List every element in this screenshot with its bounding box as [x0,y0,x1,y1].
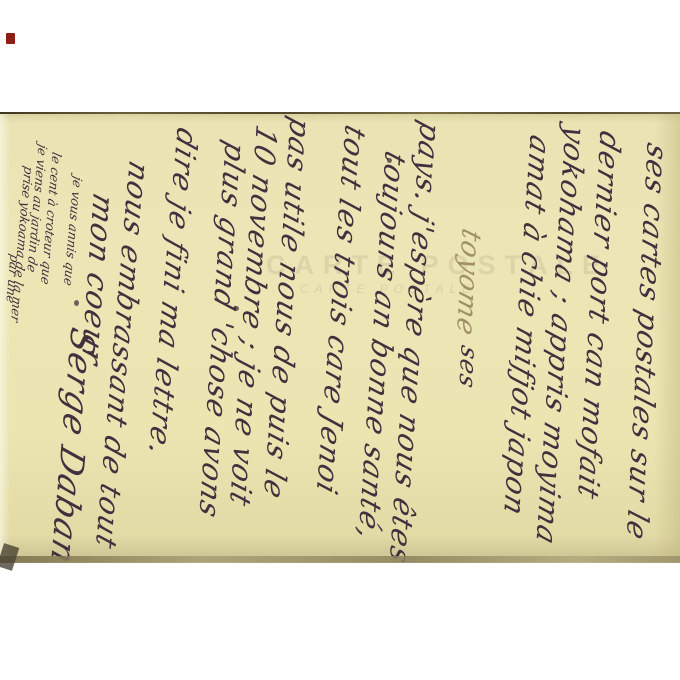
handwritten-line-faded: toyome [450,225,486,340]
postcard-bottom-edge [0,556,680,563]
ink-speck [74,300,79,306]
handwritten-line: ses cartes postales sur le [620,139,674,545]
scanned-postcard-photo: CARTE POSTALE CARTE POSTALE ses cartes p… [0,0,680,680]
handwriting-block: ses cartes postales sur le dernier port … [0,115,680,562]
ink-speck [387,158,392,163]
red-corner-mark [6,33,15,44]
postcard-corner-shadow [0,543,19,571]
handwritten-word: ses [454,342,484,392]
ink-speck [233,306,239,311]
